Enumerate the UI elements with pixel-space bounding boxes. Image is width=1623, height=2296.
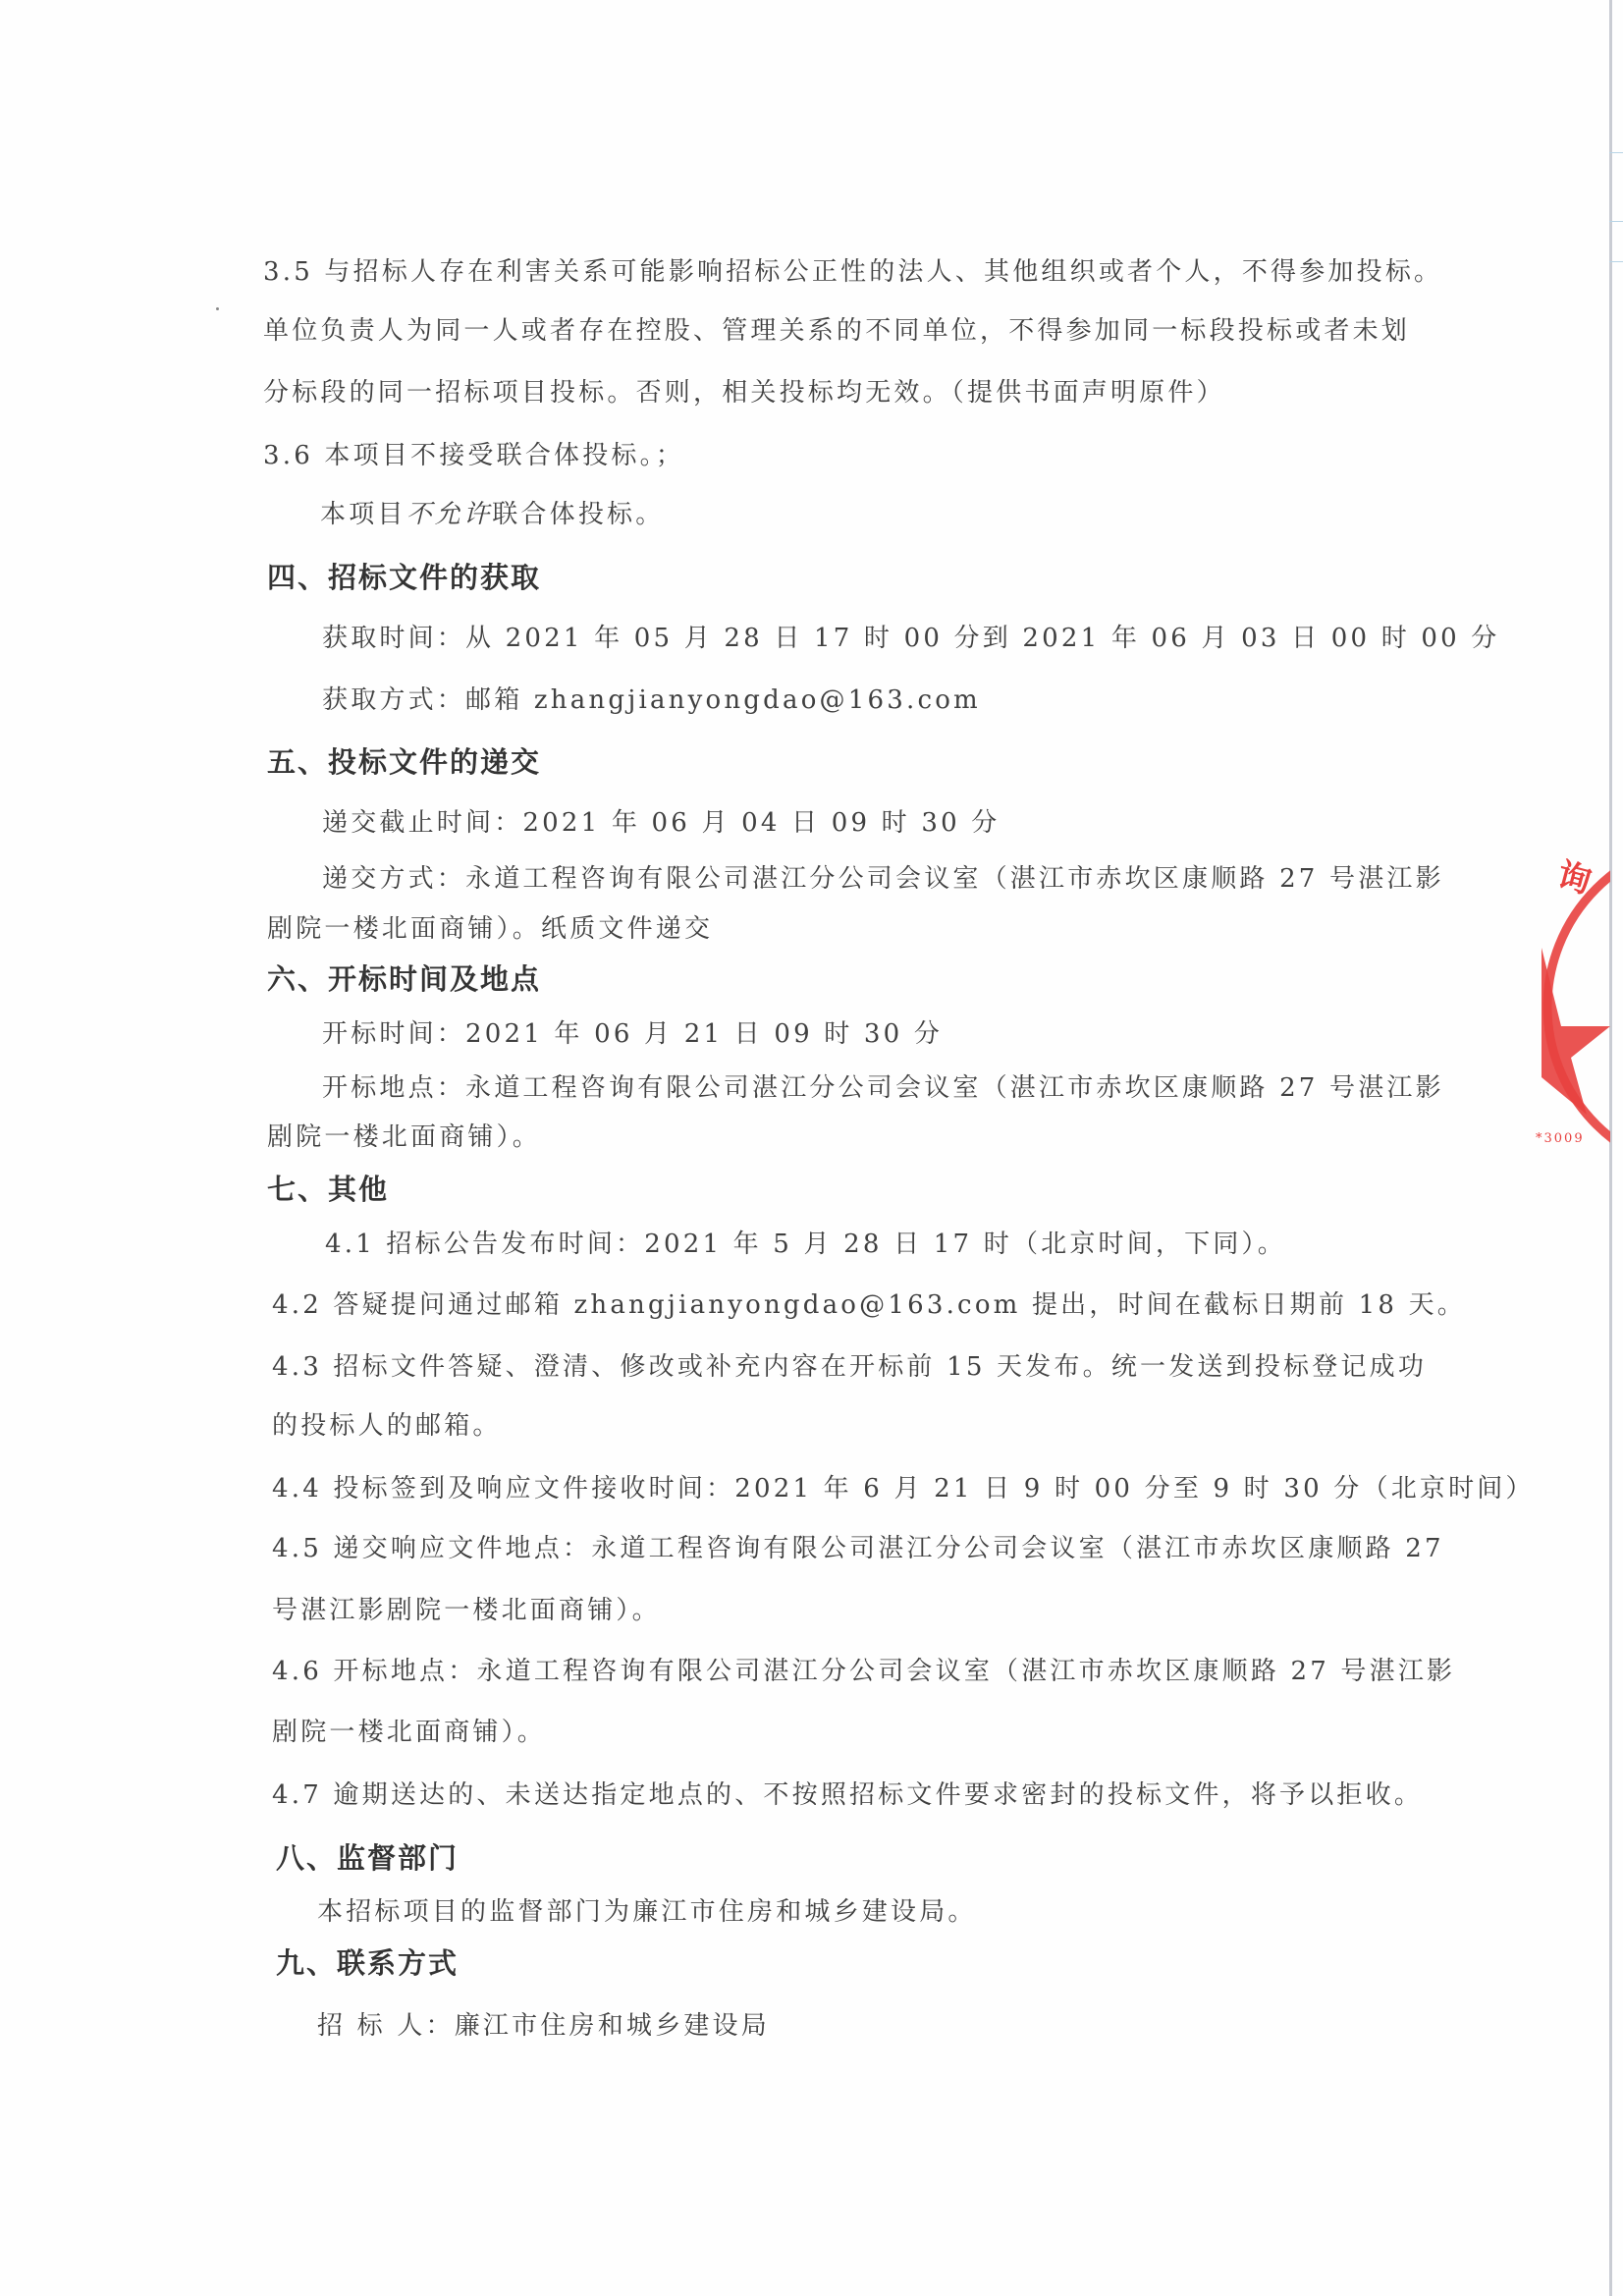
section-6-heading: 六、开标时间及地点 (267, 960, 541, 998)
item-4-3-line-2: 的投标人的邮箱。 (272, 1409, 502, 1443)
item-4-7: 4.7 逾期送达的、未送达指定地点的、不按照招标文件要求密封的投标文件，将予以拒… (272, 1778, 1423, 1812)
section-5-deadline: 递交截止时间：2021 年 06 月 04 日 09 时 30 分 (322, 806, 1001, 840)
section-5-method-line-2: 剧院一楼北面商铺）。纸质文件递交 (267, 912, 713, 946)
consortium-note: 本项目不允许联合体投标。 (320, 498, 664, 531)
section-4-heading: 四、招标文件的获取 (267, 559, 541, 596)
clause-3-6: 3.6 本项目不接受联合体投标。； (263, 439, 684, 472)
section-4-method: 获取方式：邮箱 zhangjianyongdao@163.com (322, 683, 981, 717)
item-4-1: 4.1 招标公告发布时间：2021 年 5 月 28 日 17 时（北京时间，下… (325, 1228, 1286, 1261)
document-page: 3.5 与招标人存在利害关系可能影响招标公正性的法人、其他组织或者个人，不得参加… (0, 0, 1623, 2296)
edge-tick (1609, 152, 1623, 153)
official-seal: 询 *3009 (1528, 830, 1610, 1183)
section-5-method-line-1: 递交方式：永道工程咨询有限公司湛江分公司会议室（湛江市赤坎区康顺路 27 号湛江… (322, 862, 1444, 896)
item-4-5-line-1: 4.5 递交响应文件地点：永道工程咨询有限公司湛江分公司会议室（湛江市赤坎区康顺… (272, 1532, 1444, 1565)
consortium-note-emphasis: 不允许 (406, 500, 493, 529)
edge-tick (1609, 261, 1623, 262)
section-8-body: 本招标项目的监督部门为廉江市住房和城乡建设局。 (317, 1895, 977, 1929)
item-4-4: 4.4 投标签到及响应文件接收时间：2021 年 6 月 21 日 9 时 00… (272, 1472, 1535, 1505)
section-6-place-line-2: 剧院一楼北面商铺）。 (267, 1121, 541, 1154)
scan-speck (216, 307, 219, 310)
seal-icon: 询 *3009 (1528, 830, 1610, 1183)
section-7-heading: 七、其他 (267, 1171, 389, 1208)
section-5-heading: 五、投标文件的递交 (267, 743, 541, 781)
section-4-time: 获取时间：从 2021 年 05 月 28 日 17 时 00 分到 2021 … (322, 622, 1500, 655)
section-9-heading: 九、联系方式 (276, 1944, 459, 1982)
edge-tick (1609, 221, 1623, 222)
section-8-heading: 八、监督部门 (276, 1839, 459, 1877)
item-4-3-line-1: 4.3 招标文件答疑、澄清、修改或补充内容在开标前 15 天发布。统一发送到投标… (272, 1350, 1427, 1384)
item-4-2: 4.2 答疑提问通过邮箱 zhangjianyongdao@163.com 提出… (272, 1288, 1466, 1322)
clause-3-5-line-1: 3.5 与招标人存在利害关系可能影响招标公正性的法人、其他组织或者个人，不得参加… (263, 255, 1442, 289)
section-9-tenderer: 招 标 人：廉江市住房和城乡建设局 (317, 2009, 770, 2043)
item-4-5-line-2: 号湛江影剧院一楼北面商铺）。 (272, 1594, 661, 1627)
item-4-6-line-1: 4.6 开标地点：永道工程咨询有限公司湛江分公司会议室（湛江市赤坎区康顺路 27… (272, 1655, 1455, 1688)
consortium-note-post: 联合体投标。 (492, 500, 664, 529)
section-6-time: 开标时间：2021 年 06 月 21 日 09 时 30 分 (322, 1017, 943, 1051)
clause-3-5-line-2: 单位负责人为同一人或者存在控股、管理关系的不同单位，不得参加同一标段投标或者未划 (263, 314, 1410, 348)
svg-text:*3009: *3009 (1536, 1131, 1585, 1146)
consortium-note-pre: 本项目 (320, 500, 406, 529)
section-6-place-line-1: 开标地点：永道工程咨询有限公司湛江分公司会议室（湛江市赤坎区康顺路 27 号湛江… (322, 1071, 1444, 1105)
item-4-6-line-2: 剧院一楼北面商铺）。 (272, 1716, 546, 1749)
clause-3-5-line-3: 分标段的同一招标项目投标。否则，相关投标均无效。（提供书面声明原件） (263, 376, 1225, 410)
